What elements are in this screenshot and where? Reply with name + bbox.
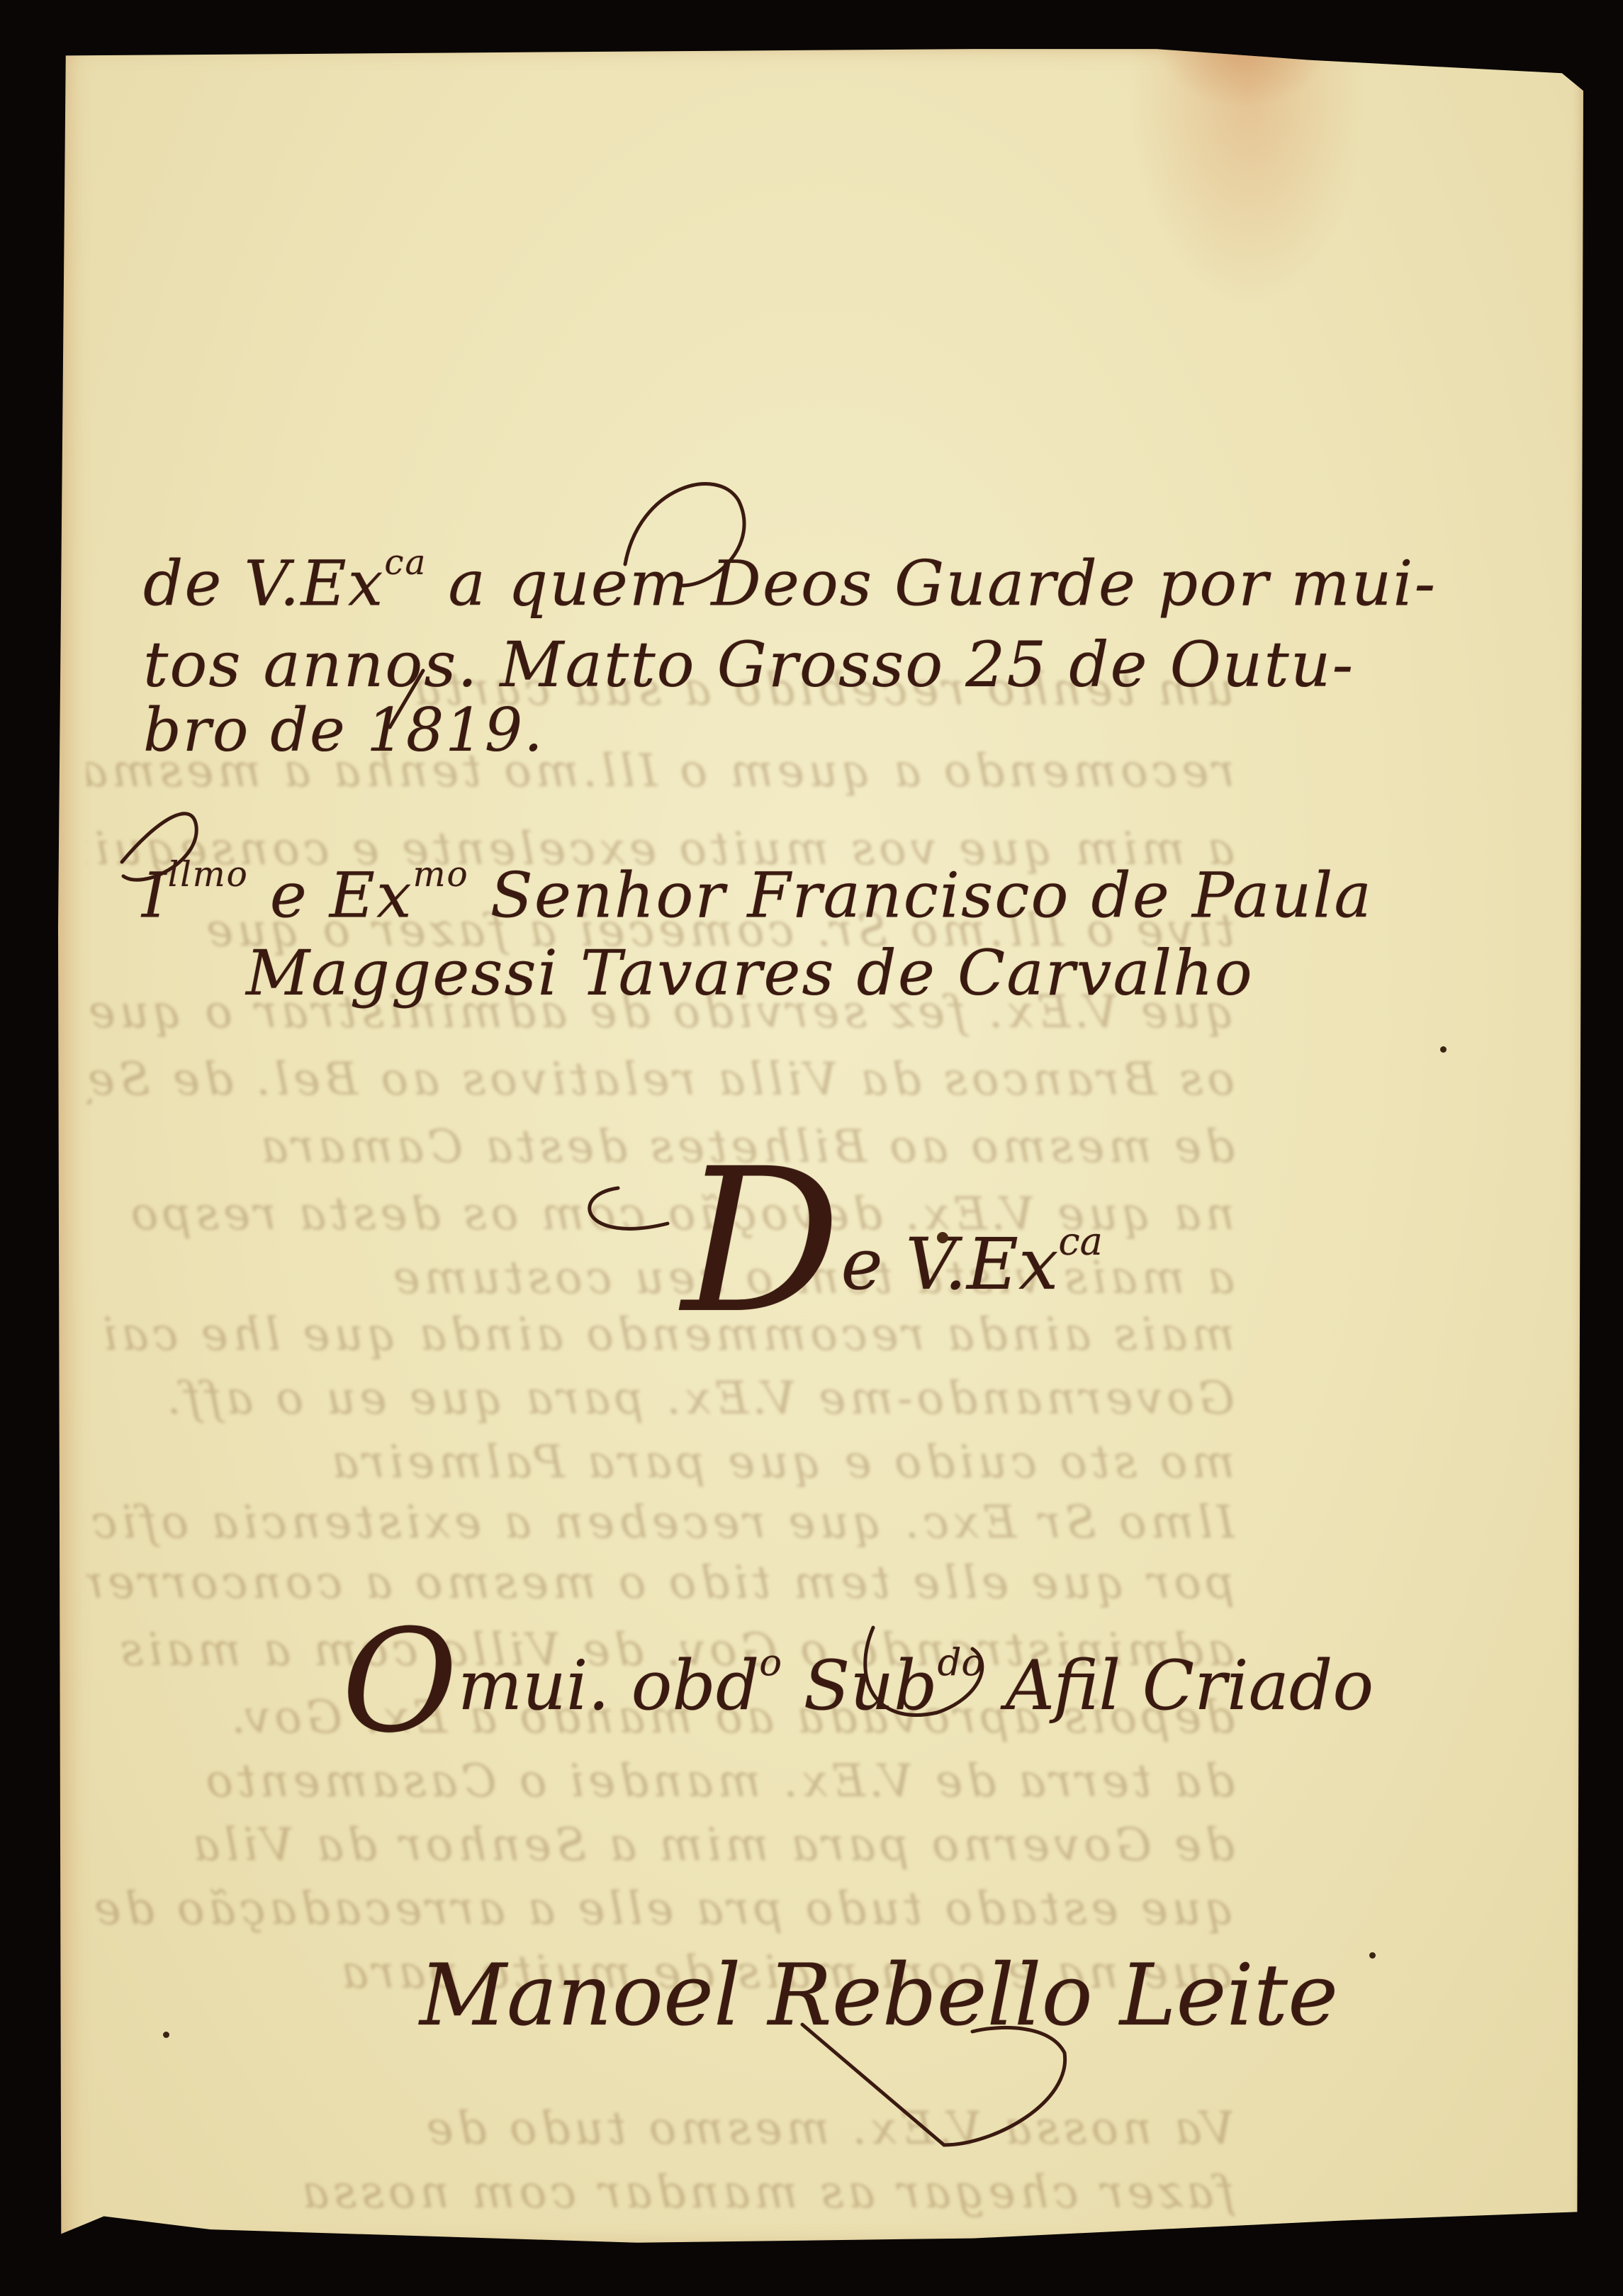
ink-flourishes-icon [58, 47, 1583, 2247]
ink-spot [937, 1232, 948, 1243]
ink-spot [163, 2032, 169, 2038]
ink-spot [1440, 1046, 1447, 1053]
ink-spot [1369, 1952, 1376, 1959]
manuscript-page: um tenho recebido a sua carta recomendo … [58, 47, 1583, 2247]
